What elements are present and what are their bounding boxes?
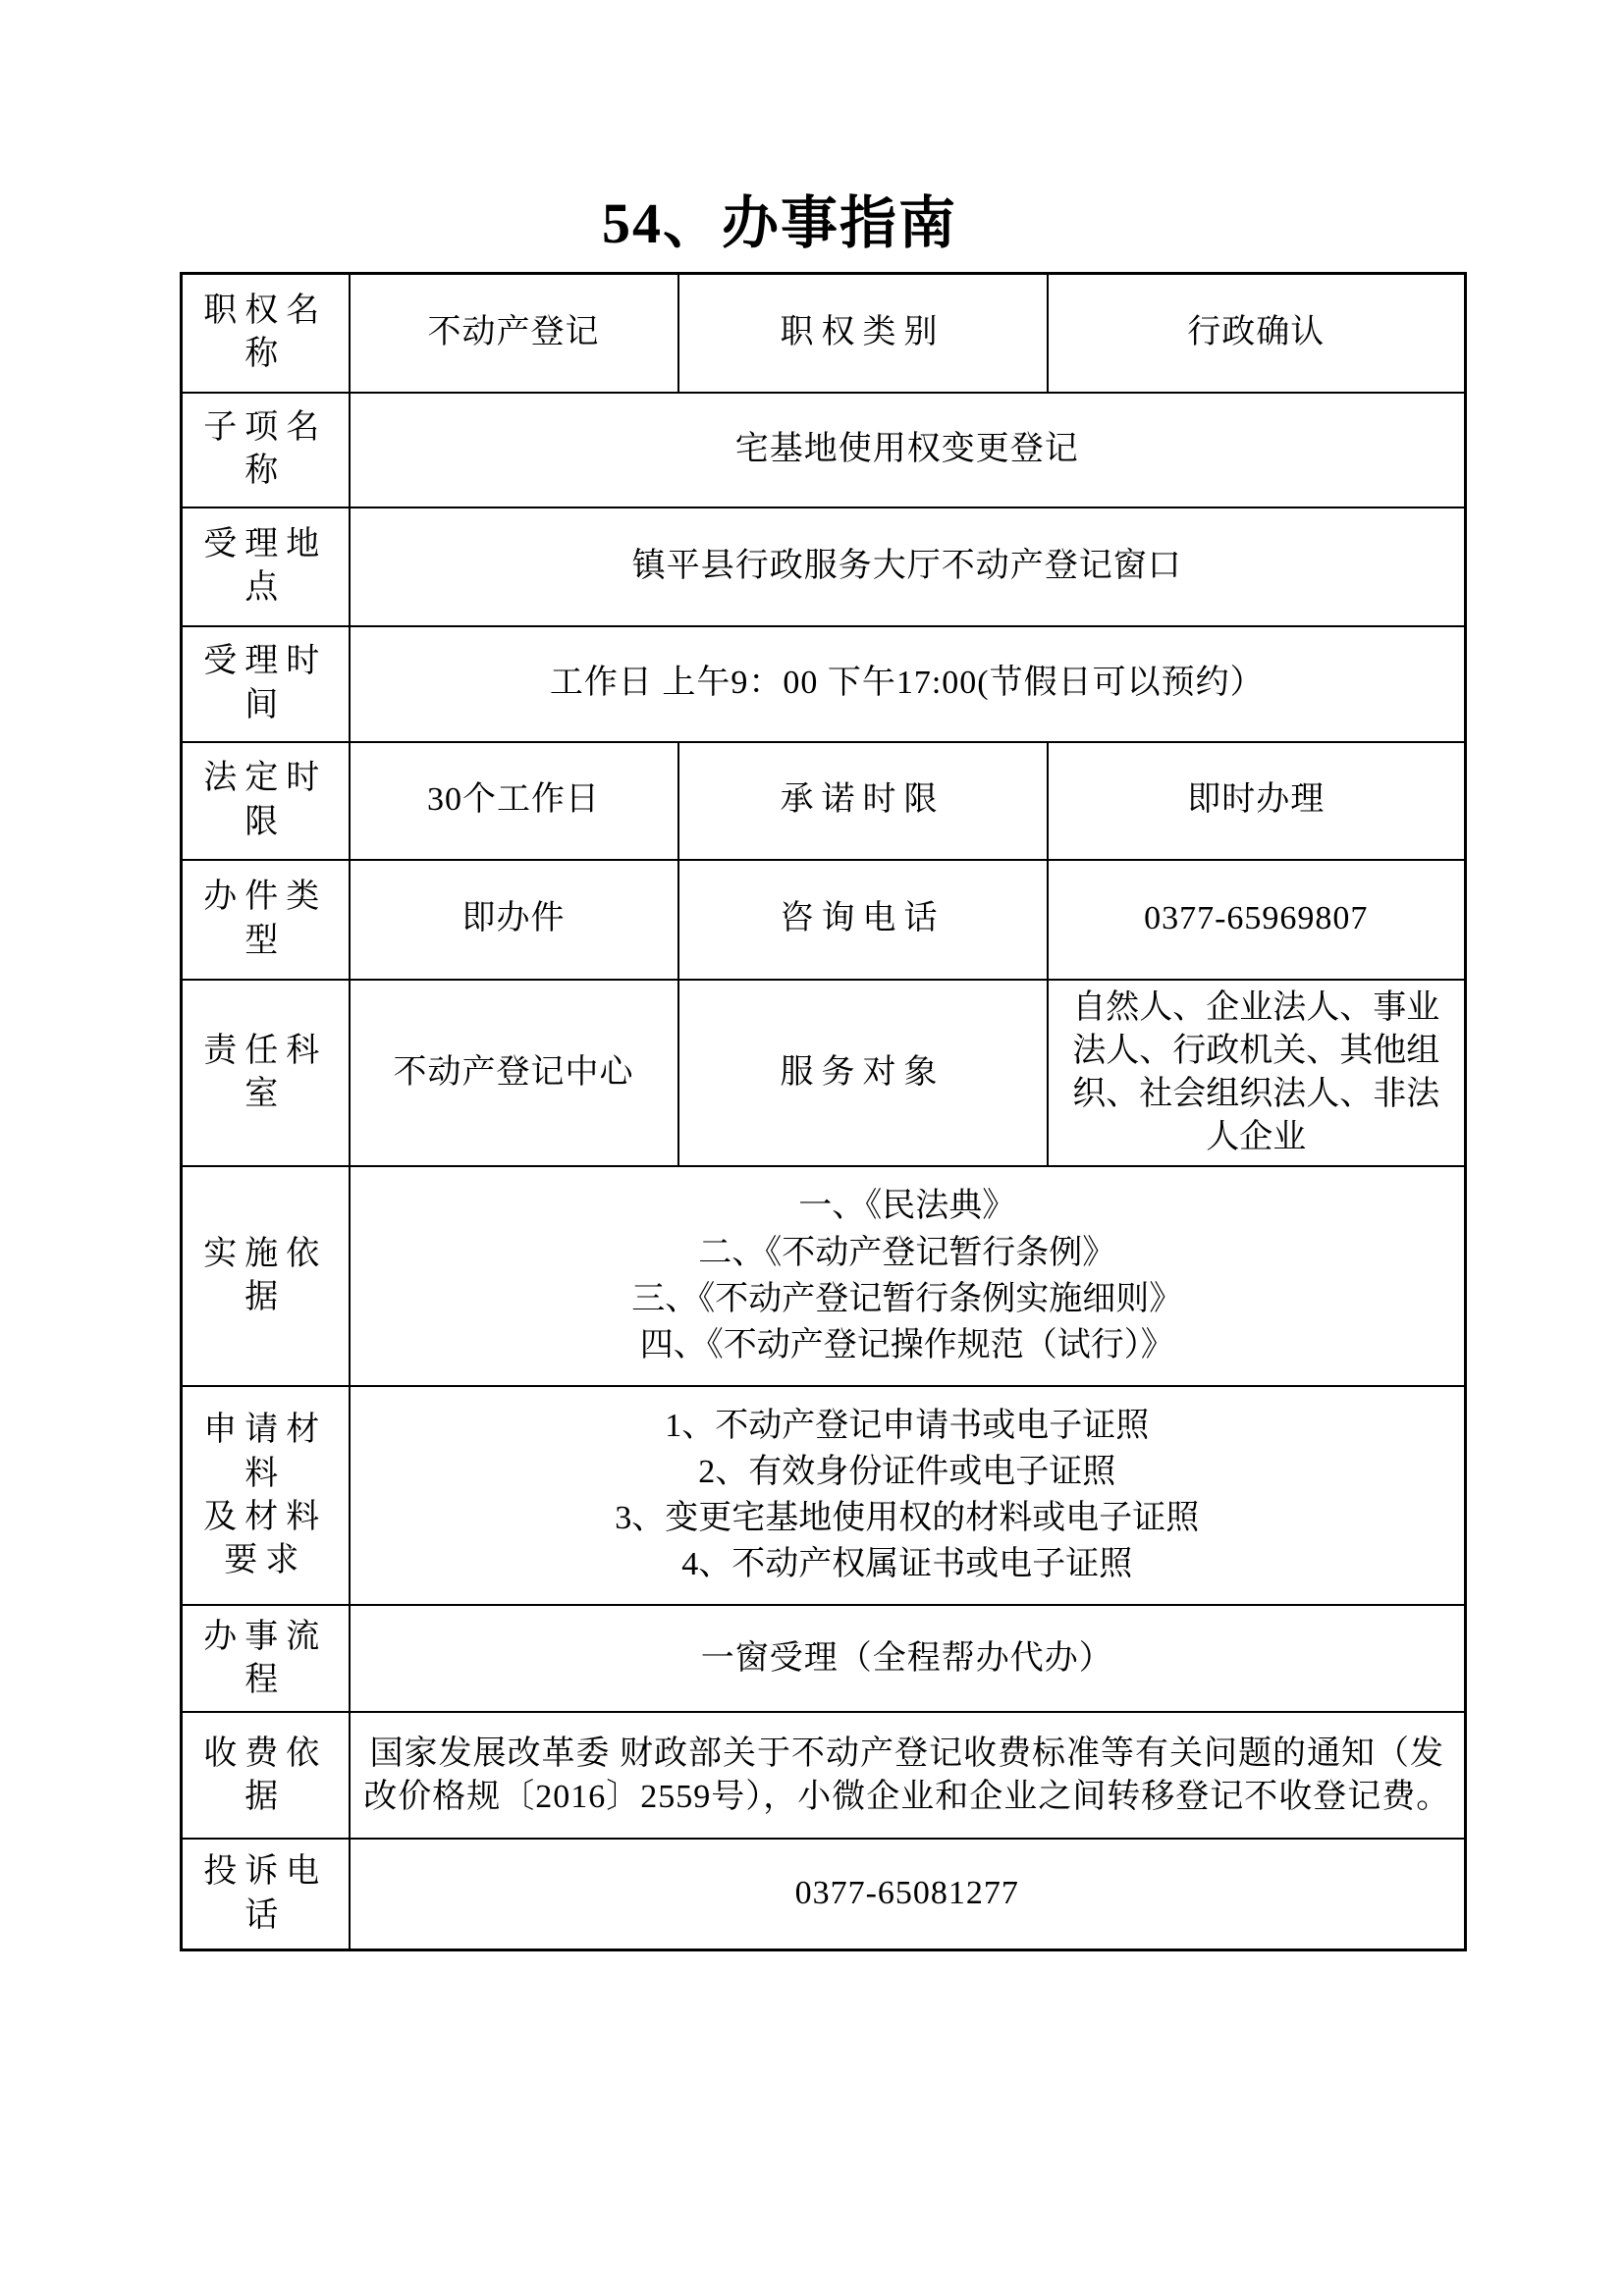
table-row-fee: 收费依据 国家发展改革委 财政部关于不动产登记收费标准等有关问题的通知（发改价格… [182, 1712, 1466, 1839]
table-row-subitem: 子项名称 宅基地使用权变更登记 [182, 393, 1466, 507]
value-responsible-dept: 不动产登记中心 [350, 980, 678, 1167]
table-row-item-type: 办件类型 即办件 咨询电话 0377-65969807 [182, 860, 1466, 980]
value-power-type: 行政确认 [1048, 274, 1466, 393]
label-process: 办事流程 [182, 1605, 350, 1712]
value-process: 一窗受理（全程帮办代办） [350, 1605, 1466, 1712]
basis-item: 二、《不动产登记暂行条例》 [360, 1232, 1455, 1275]
label-fee-basis: 收费依据 [182, 1712, 350, 1839]
value-item-type: 即办件 [350, 860, 678, 980]
material-item: 3、变更宅基地使用权的材料或电子证照 [360, 1497, 1455, 1540]
value-accept-time: 工作日 上午9：00 下午17:00(节假日可以预约） [350, 626, 1466, 742]
value-complaint-phone: 0377-65081277 [350, 1839, 1466, 1949]
label-implementation-basis: 实施依据 [182, 1166, 350, 1386]
basis-item: 一、《民法典》 [360, 1185, 1455, 1228]
label-item-type: 办件类型 [182, 860, 350, 980]
material-item: 4、不动产权属证书或电子证照 [360, 1543, 1455, 1586]
table-row-basis: 实施依据 一、《民法典》 二、《不动产登记暂行条例》 三、《不动产登记暂行条例实… [182, 1166, 1466, 1386]
value-consult-phone: 0377-65969807 [1048, 860, 1466, 980]
table-row-complaint: 投诉电话 0377-65081277 [182, 1839, 1466, 1949]
table-row-materials: 申请材料 及材料 要求 1、不动产登记申请书或电子证照 2、有效身份证件或电子证… [182, 1386, 1466, 1605]
label-accept-time: 受理时间 [182, 626, 350, 742]
value-subitem-name: 宅基地使用权变更登记 [350, 393, 1466, 507]
label-power-type: 职权类别 [678, 274, 1048, 393]
label-responsible-dept: 责任科室 [182, 980, 350, 1167]
table-row-legal-limit: 法定时限 30个工作日 承诺时限 即时办理 [182, 742, 1466, 860]
table-row-time: 受理时间 工作日 上午9：00 下午17:00(节假日可以预约） [182, 626, 1466, 742]
table-row-location: 受理地点 镇平县行政服务大厅不动产登记窗口 [182, 507, 1466, 626]
value-service-target: 自然人、企业法人、事业法人、行政机关、其他组织、社会组织法人、非法人企业 [1048, 980, 1466, 1167]
document-page: 54、办事指南 职权名称 不动产登记 职权类别 行政确认 子项名称 宅基地使用权… [0, 0, 1624, 2296]
table-row-dept: 责任科室 不动产登记中心 服务对象 自然人、企业法人、事业法人、行政机关、其他组… [182, 980, 1466, 1167]
service-guide-table: 职权名称 不动产登记 职权类别 行政确认 子项名称 宅基地使用权变更登记 受理地… [180, 272, 1467, 1951]
value-implementation-basis: 一、《民法典》 二、《不动产登记暂行条例》 三、《不动产登记暂行条例实施细则》 … [350, 1166, 1466, 1386]
value-accept-location: 镇平县行政服务大厅不动产登记窗口 [350, 507, 1466, 626]
material-item: 1、不动产登记申请书或电子证照 [360, 1405, 1455, 1448]
label-consult-phone: 咨询电话 [678, 860, 1048, 980]
table-row-power: 职权名称 不动产登记 职权类别 行政确认 [182, 274, 1466, 393]
label-promise-limit: 承诺时限 [678, 742, 1048, 860]
label-legal-limit: 法定时限 [182, 742, 350, 860]
basis-item: 三、《不动产登记暂行条例实施细则》 [360, 1278, 1455, 1321]
basis-item: 四、《不动产登记操作规范（试行）》 [360, 1324, 1455, 1367]
page-title: 54、办事指南 [137, 192, 1422, 255]
label-application-materials: 申请材料 及材料 要求 [182, 1386, 350, 1605]
material-item: 2、有效身份证件或电子证照 [360, 1451, 1455, 1494]
table-row-process: 办事流程 一窗受理（全程帮办代办） [182, 1605, 1466, 1712]
label-service-target: 服务对象 [678, 980, 1048, 1167]
value-promise-limit: 即时办理 [1048, 742, 1466, 860]
label-accept-location: 受理地点 [182, 507, 350, 626]
label-complaint-phone: 投诉电话 [182, 1839, 350, 1949]
label-power-name: 职权名称 [182, 274, 350, 393]
value-power-name: 不动产登记 [350, 274, 678, 393]
label-subitem-name: 子项名称 [182, 393, 350, 507]
value-fee-basis: 国家发展改革委 财政部关于不动产登记收费标准等有关问题的通知（发改价格规〔201… [350, 1712, 1466, 1839]
value-application-materials: 1、不动产登记申请书或电子证照 2、有效身份证件或电子证照 3、变更宅基地使用权… [350, 1386, 1466, 1605]
value-legal-limit: 30个工作日 [350, 742, 678, 860]
